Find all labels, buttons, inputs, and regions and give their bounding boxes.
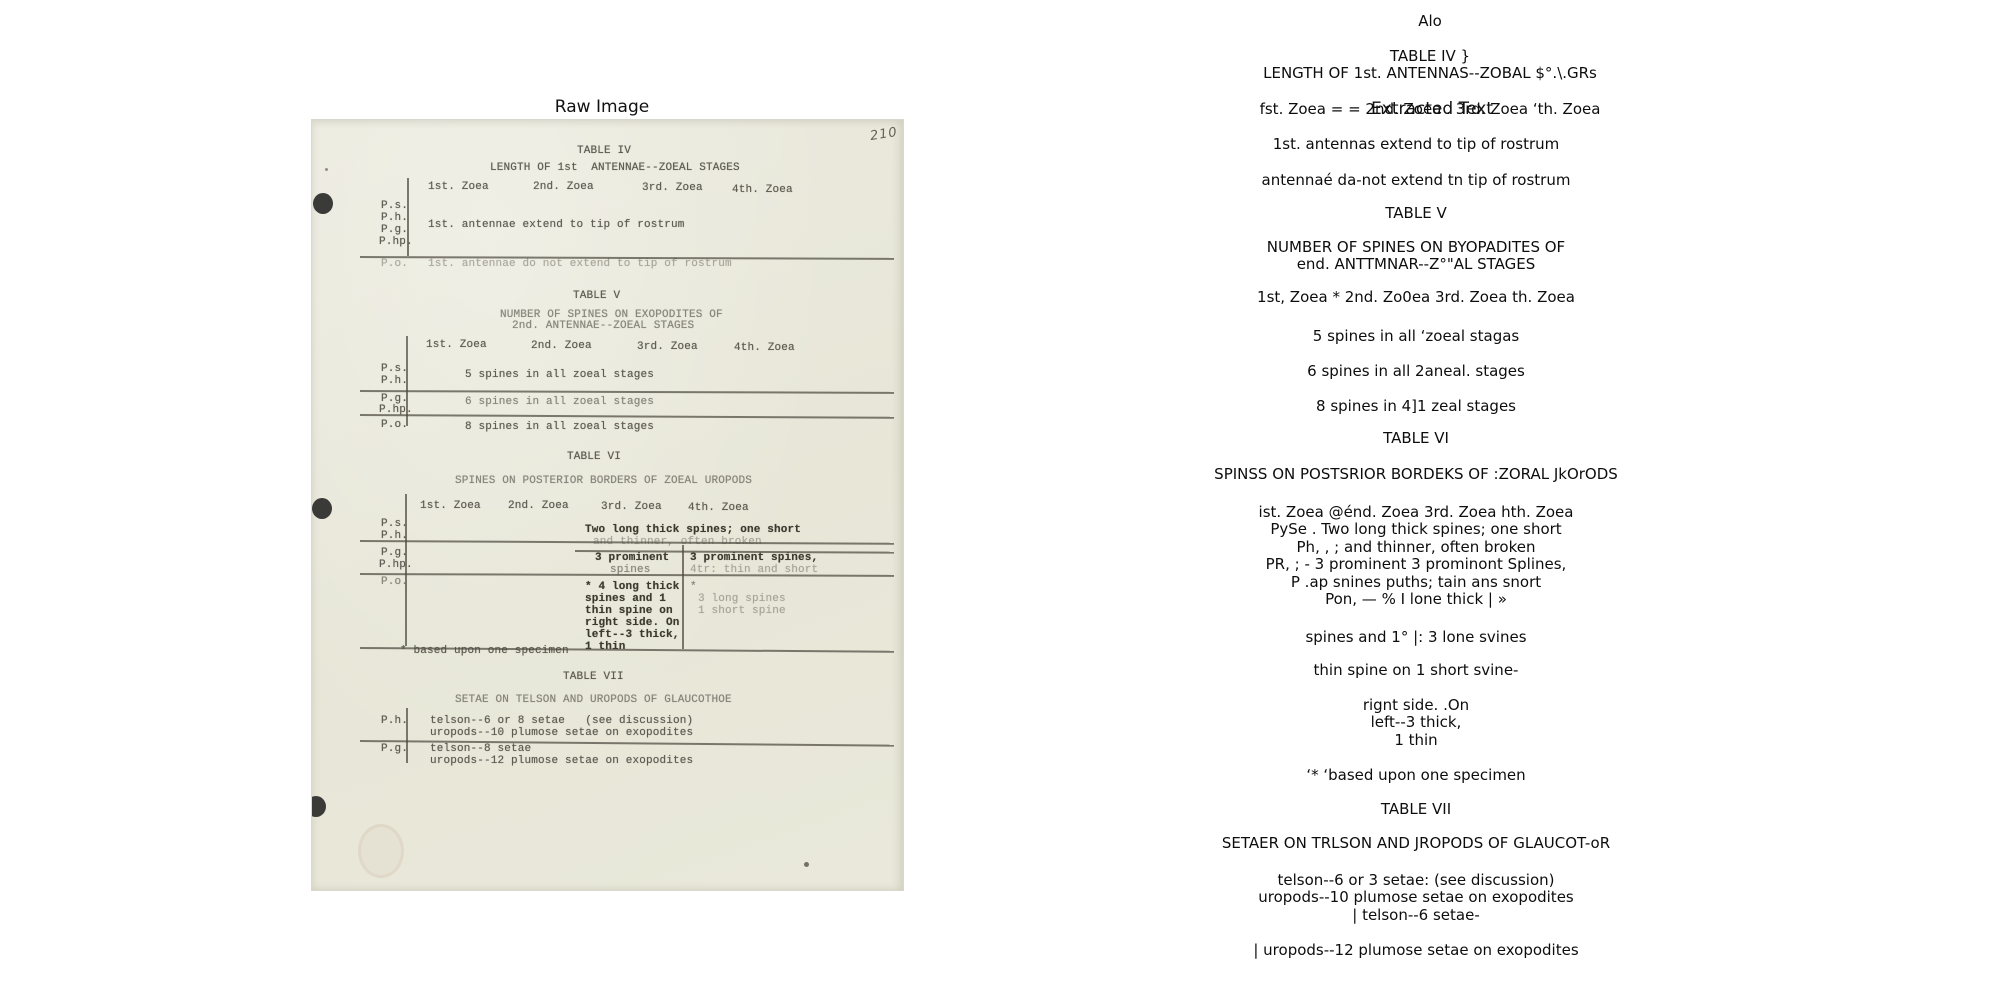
extracted-paragraph: rignt side. .Onleft--3 thick,1 thin — [1363, 697, 1469, 749]
extracted-line: uropods--10 plumose setae on exopodites — [1258, 889, 1573, 906]
extracted-paragraph: TABLE V — [1385, 205, 1446, 222]
extracted-paragraph: | uropods--12 plumose setae on exopodite… — [1253, 942, 1578, 959]
extracted-paragraph: spines and 1° |: 3 lone svines — [1305, 629, 1526, 646]
extracted-paragraph: TABLE VI — [1383, 430, 1449, 447]
extracted-text-panel-title: Extracted Text — [1371, 99, 1493, 119]
extracted-paragraph: SETAER ON TRLSON AND JROPODS OF GLAUCOT-… — [1222, 835, 1610, 852]
extracted-paragraph: 5 spines in all ‘zoeal stagas — [1313, 328, 1519, 345]
extracted-line: PR, ; - 3 prominent 3 prominont Splines, — [1259, 556, 1574, 573]
extracted-paragraph: TABLE IV }LENGTH OF 1st. ANTENNAS--ZOBAL… — [1263, 48, 1597, 83]
extracted-line: PySe . Two long thick spines; one short — [1259, 521, 1574, 538]
extracted-line: Pon, — % I lone thick | » — [1259, 591, 1574, 608]
extracted-paragraph: 8 spines in 4]1 zeal stages — [1316, 398, 1516, 415]
extracted-line: ‘* ‘based upon one specimen — [1306, 767, 1525, 784]
extracted-paragraph: thin spine on 1 short svine- — [1314, 662, 1519, 679]
extracted-paragraph: ‘* ‘based upon one specimen — [1306, 767, 1525, 784]
extracted-line: end. ANTTMNAR--Z°"AL STAGES — [1267, 256, 1565, 273]
extracted-line: SPINSS ON POSTSRIOR BORDEKS OF :ZORAL Jk… — [1214, 466, 1618, 483]
extracted-paragraph: 1st. antennas extend to tip of rostrum — [1273, 136, 1560, 153]
extracted-line: 1st, Zoea * 2nd. Zo0ea 3rd. Zoea th. Zoe… — [1257, 289, 1575, 306]
extracted-paragraph: SPINSS ON POSTSRIOR BORDEKS OF :ZORAL Jk… — [1214, 466, 1618, 483]
extracted-line: 1st. antennas extend to tip of rostrum — [1273, 136, 1560, 153]
extracted-line: Ph, , ; and thinner, often broken — [1259, 539, 1574, 556]
extracted-text-body: AloTABLE IV }LENGTH OF 1st. ANTENNAS--ZO… — [0, 0, 2000, 1000]
extracted-paragraph: 6 spines in all 2aneal. stages — [1307, 363, 1525, 380]
extracted-paragraph: antennaé da-not extend tn tip of rostrum — [1262, 172, 1571, 189]
extracted-line: | telson--6 setae- — [1258, 907, 1573, 924]
raw-image-panel-title: Raw Image — [555, 97, 649, 117]
extracted-line: 1 thin — [1363, 732, 1469, 749]
extracted-line: thin spine on 1 short svine- — [1314, 662, 1519, 679]
extracted-line: TABLE V — [1385, 205, 1446, 222]
extracted-line: telson--6 or 3 setae: (see discussion) — [1258, 872, 1573, 889]
extracted-line: SETAER ON TRLSON AND JROPODS OF GLAUCOT-… — [1222, 835, 1610, 852]
extracted-line: rignt side. .On — [1363, 697, 1469, 714]
extracted-line: LENGTH OF 1st. ANTENNAS--ZOBAL $°.\.GRs — [1263, 65, 1597, 82]
extracted-line: TABLE VI — [1383, 430, 1449, 447]
extracted-line: Alo — [1418, 13, 1442, 30]
extracted-line: left--3 thick, — [1363, 714, 1469, 731]
extracted-line: 5 spines in all ‘zoeal stagas — [1313, 328, 1519, 345]
extracted-line: antennaé da-not extend tn tip of rostrum — [1262, 172, 1571, 189]
extracted-paragraph: telson--6 or 3 setae: (see discussion)ur… — [1258, 872, 1573, 924]
extracted-line: NUMBER OF SPINES ON BYOPADITES OF — [1267, 239, 1565, 256]
extracted-paragraph: ist. Zoea @énd. Zoea 3rd. Zoea hth. Zoea… — [1259, 504, 1574, 608]
extracted-line: 8 spines in 4]1 zeal stages — [1316, 398, 1516, 415]
extracted-line: 6 spines in all 2aneal. stages — [1307, 363, 1525, 380]
extracted-line: TABLE IV } — [1263, 48, 1597, 65]
extracted-paragraph: TABLE VII — [1381, 801, 1451, 818]
extracted-line: spines and 1° |: 3 lone svines — [1305, 629, 1526, 646]
extracted-line: ist. Zoea @énd. Zoea 3rd. Zoea hth. Zoea — [1259, 504, 1574, 521]
extracted-line: P .ap snines puths; tain ans snort — [1259, 574, 1574, 591]
extracted-paragraph: NUMBER OF SPINES ON BYOPADITES OFend. AN… — [1267, 239, 1565, 274]
extracted-paragraph: 1st, Zoea * 2nd. Zo0ea 3rd. Zoea th. Zoe… — [1257, 289, 1575, 306]
extracted-line: | uropods--12 plumose setae on exopodite… — [1253, 942, 1578, 959]
extracted-paragraph: Alo — [1418, 13, 1442, 30]
extracted-line: TABLE VII — [1381, 801, 1451, 818]
